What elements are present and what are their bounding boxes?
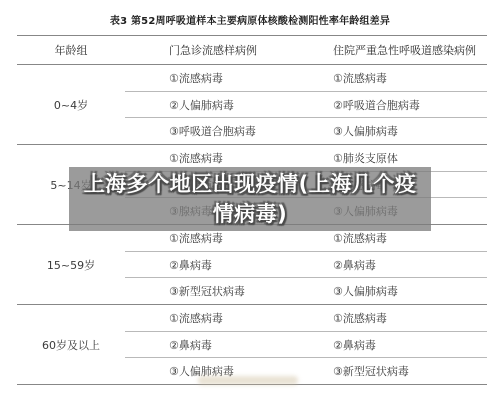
inpatient-rank1: ①流感病毒 xyxy=(333,70,387,86)
table-row: ③人偏肺病毒 ③新型冠状病毒 xyxy=(125,357,487,384)
outpatient-rank3: ③新型冠状病毒 xyxy=(169,283,333,299)
table-row: ②人偏肺病毒 ②呼吸道合胞病毒 xyxy=(125,91,487,118)
inpatient-rank3: ③人偏肺病毒 xyxy=(333,283,398,299)
caption-line-2: 情病毒) xyxy=(213,199,288,229)
table-row-group-0-4: 0~4岁 ①流感病毒 ①流感病毒 ②人偏肺病毒 ②呼吸道合胞病毒 ③呼吸道合胞病… xyxy=(17,65,487,145)
table-row-group-15-59: 15~59岁 ①流感病毒 ①流感病毒 ②鼻病毒 ②鼻病毒 ③新型冠状病毒 ③人偏… xyxy=(17,225,487,305)
table-row: ②鼻病毒 ②鼻病毒 xyxy=(125,331,487,358)
inpatient-rank1: ①肺炎支原体 xyxy=(333,150,398,166)
age-label: 0~4岁 xyxy=(17,65,125,144)
inpatient-rank1: ①流感病毒 xyxy=(333,230,387,246)
table-row: ②鼻病毒 ②鼻病毒 xyxy=(125,251,487,278)
outpatient-rank3: ③呼吸道合胞病毒 xyxy=(169,123,333,139)
inpatient-rank2: ②鼻病毒 xyxy=(333,337,376,353)
caption-line-1: 上海多个地区出现疫情(上海几个疫 xyxy=(84,169,417,199)
faded-watermark-smudge xyxy=(198,376,298,385)
table-header-row: 年龄组 门急诊流感样病例 住院严重急性呼吸道感染病例 xyxy=(17,36,487,65)
table-row: ③呼吸道合胞病毒 ③人偏肺病毒 xyxy=(125,117,487,144)
table-row: ①流感病毒 ①流感病毒 xyxy=(125,305,487,331)
inpatient-rank2: ②鼻病毒 xyxy=(333,257,376,273)
inpatient-rank2: ②呼吸道合胞病毒 xyxy=(333,97,420,113)
outpatient-rank1: ①流感病毒 xyxy=(169,310,333,326)
table-row: ③新型冠状病毒 ③人偏肺病毒 xyxy=(125,277,487,304)
outpatient-rank2: ②鼻病毒 xyxy=(169,337,333,353)
outpatient-rank1: ①流感病毒 xyxy=(169,150,333,166)
table-row: ①流感病毒 ①流感病毒 xyxy=(125,65,487,91)
age-label: 15~59岁 xyxy=(17,225,125,304)
age-label: 60岁及以上 xyxy=(17,305,125,384)
inpatient-rank1: ①流感病毒 xyxy=(333,310,387,326)
outpatient-rank1: ①流感病毒 xyxy=(169,230,333,246)
caption-overlay-banner: 上海多个地区出现疫情(上海几个疫 情病毒) xyxy=(69,167,431,231)
table-title: 表3 第52周呼吸道样本主要病原体核酸检测阳性率年龄组差异 xyxy=(0,12,500,27)
inpatient-rank3: ③人偏肺病毒 xyxy=(333,123,398,139)
header-inpatient: 住院严重急性呼吸道感染病例 xyxy=(333,36,476,64)
outpatient-rank2: ②人偏肺病毒 xyxy=(169,97,333,113)
outpatient-rank1: ①流感病毒 xyxy=(169,70,333,86)
outpatient-rank2: ②鼻病毒 xyxy=(169,257,333,273)
inpatient-rank3: ③新型冠状病毒 xyxy=(333,363,409,379)
header-age-group: 年龄组 xyxy=(17,36,125,64)
table-row-group-60plus: 60岁及以上 ①流感病毒 ①流感病毒 ②鼻病毒 ②鼻病毒 ③人偏肺病毒 ③新型冠… xyxy=(17,305,487,385)
header-outpatient: 门急诊流感样病例 xyxy=(169,36,257,64)
article-image: 表3 第52周呼吸道样本主要病原体核酸检测阳性率年龄组差异 年龄组 门急诊流感样… xyxy=(0,0,500,402)
